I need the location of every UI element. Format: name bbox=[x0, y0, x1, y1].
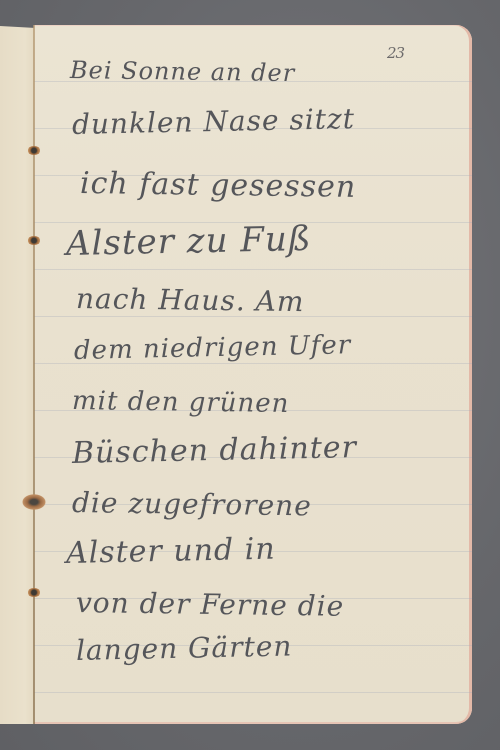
handwritten-line-12: langen Gärten bbox=[76, 629, 293, 667]
left-page-edge bbox=[0, 18, 36, 724]
handwritten-line-5: nach Haus. Am bbox=[76, 282, 305, 318]
binding-stitch bbox=[27, 236, 41, 245]
handwritten-line-3: ich fast gesessen bbox=[80, 166, 357, 205]
binding-stitch bbox=[22, 494, 46, 510]
handwritten-line-4: Alster zu Fuß bbox=[66, 219, 312, 264]
handwritten-line-7: mit den grünen bbox=[72, 386, 290, 419]
page-number: 23 bbox=[387, 44, 404, 62]
handwritten-line-1: Bei Sonne an der bbox=[70, 56, 296, 87]
handwritten-line-8: Büschen dahinter bbox=[72, 430, 358, 471]
handwritten-line-2: dunklen Nase sitzt bbox=[72, 102, 356, 141]
handwritten-line-9: die zugefrorene bbox=[72, 486, 312, 522]
binding-gutter bbox=[33, 25, 35, 724]
handwritten-line-11: von der Ferne die bbox=[76, 586, 345, 623]
handwritten-line-10: Alster und in bbox=[66, 532, 276, 571]
binding-stitch bbox=[27, 588, 41, 597]
handwritten-line-6: dem niedrigen Ufer bbox=[74, 330, 352, 366]
binding-stitch bbox=[27, 146, 41, 155]
